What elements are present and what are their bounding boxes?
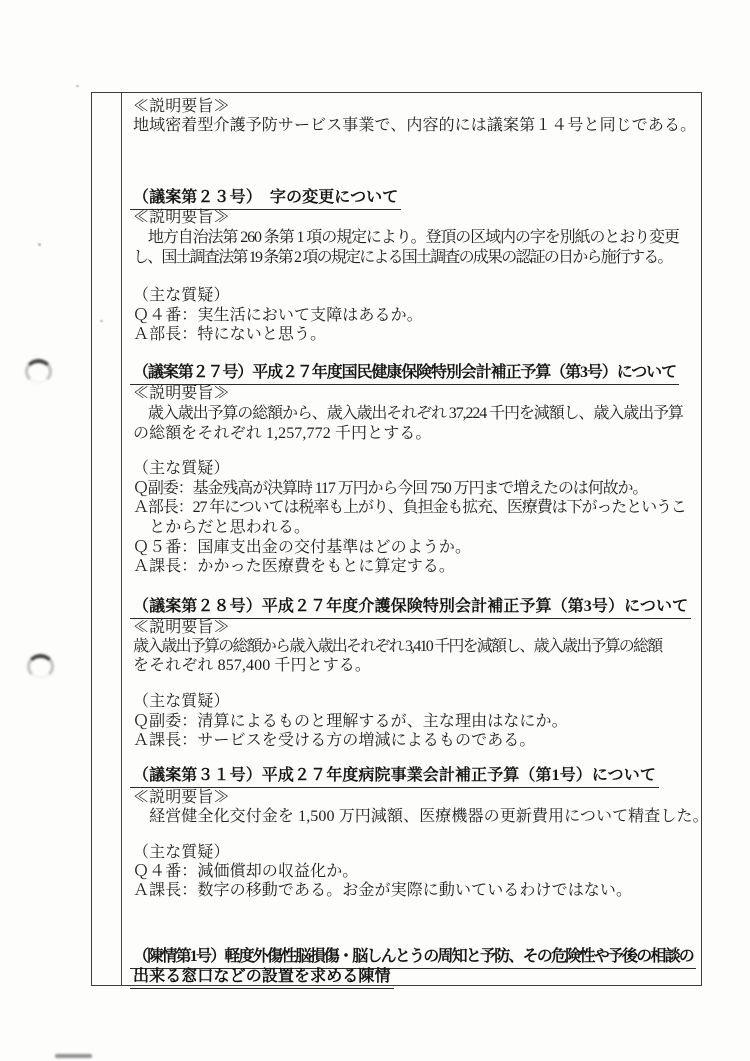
doc-text-line: Ａ部長：27 年については税率も上がり、負担金も拡充、医療費は下がったというこ (133, 498, 686, 517)
doc-text-line: Ｑ副委：基金残高が決算時 117 万円から今回 750 万円まで増えたのは何故か… (133, 479, 647, 498)
scan-speck (38, 243, 41, 246)
section-heading: （議案第２３号） 字の変更について (130, 188, 401, 210)
doc-text-line: Ａ課長：サービスを受ける方の増減によるものである。 (133, 731, 536, 750)
hole-punch-mark (25, 359, 52, 384)
doc-text-line: （主な質疑） (133, 459, 230, 478)
doc-text-line: とからだと思われる。 (133, 518, 310, 537)
section-heading: 出来る窓口などの設置を求める陳情 (130, 967, 394, 989)
doc-text-line: ≪説明要旨≫ (133, 97, 230, 116)
doc-text-line: Ｑ４番：減価償却の収益化か。 (133, 862, 358, 881)
doc-text-line: （主な質疑） (133, 843, 230, 862)
doc-text-line: ≪説明要旨≫ (133, 618, 230, 637)
doc-text-line: 歳入歳出予算の総額から歳入歳出それぞれ 3,410 千円を減額し、歳入歳出予算の… (133, 637, 661, 656)
doc-text-line: 地域密着型介護予防サービス事業で、内容的には議案第１４号と同じである。 (133, 116, 696, 135)
doc-text-line: ≪説明要旨≫ (133, 384, 230, 403)
doc-text-line: ≪説明要旨≫ (133, 788, 230, 807)
scan-smudge (55, 1054, 92, 1058)
section-heading: （議案第３１号）平成２７年度病院事業会計補正予算（第1号）について (130, 766, 659, 788)
doc-text-line: し、国土調査法第 19 条第 2 項の規定による国土調査の成果の認証の日から施行… (133, 248, 672, 267)
scan-speck (76, 85, 79, 87)
doc-text-line: Ａ課長：数字の移動である。お金が実際に動いているわけではない。 (133, 881, 632, 900)
section-heading: （議案第２８号）平成２７年度介護保険特別会計補正予算（第3号）について (130, 597, 691, 619)
doc-text-line: Ｑ４番：実生活において支障はあるか。 (133, 306, 423, 325)
doc-text-line: Ｑ副委：清算によるものと理解するが、主な理由はなにか。 (133, 712, 568, 731)
doc-text-line: （主な質疑） (133, 286, 230, 305)
scanned-document-page: ≪説明要旨≫地域密着型介護予防サービス事業で、内容的には議案第１４号と同じである… (0, 0, 750, 1061)
doc-text-line: 歳入歳出予算の総額から、歳入歳出それぞれ 37,224 千円を減額し、歳入歳出予… (133, 404, 683, 423)
scan-speck (100, 320, 103, 322)
doc-text-line: の総額をそれぞれ 1,257,772 千円とする。 (133, 424, 432, 443)
doc-text-line: 経営健全化交付金を 1,500 万円減額、医療機器の更新費用について精査した。 (133, 807, 709, 826)
doc-text-line: 地方自治法第 260 条第 1 項の規定により。登頂の区域内の字を別紙のとおり変… (133, 228, 679, 247)
doc-text-line: ≪説明要旨≫ (133, 208, 230, 227)
hole-punch-mark (27, 654, 54, 679)
doc-text-line: Ａ部長：特にないと思う。 (133, 325, 326, 344)
table-left-column-divider (121, 93, 122, 985)
section-heading: （議案第２７号）平成２７年度国民健康保険特別会計補正予算（第3号）について (130, 363, 679, 385)
doc-text-line: Ａ課長：かかった医療費をもとに算定する。 (133, 557, 455, 576)
doc-text-line: （主な質疑） (133, 692, 230, 711)
section-heading: （陳情第1号）軽度外傷性脳損傷・脳しんとうの周知と予防、その危険性や予後の相談の (130, 947, 696, 969)
doc-text-line: をそれぞれ 857,400 千円とする。 (133, 656, 371, 675)
doc-text-line: Ｑ５番：国庫支出金の交付基準はどのようか。 (133, 538, 471, 557)
